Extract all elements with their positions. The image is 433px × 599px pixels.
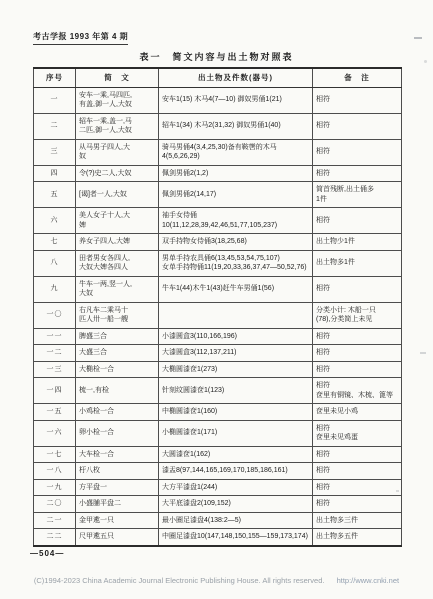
note-cell: 奁里未见小鸡	[313, 404, 402, 421]
table-row: 一三 大椭检一合 大椭圆漆奁1(273) 相符	[34, 361, 402, 378]
objects-cell: 中椭圆漆奁1(160)	[159, 404, 313, 421]
note-cell: 相符	[313, 463, 402, 480]
comparison-table: 序号 简 文 出土物及件数(器号) 备 注 一 安车一乘,马四匹, 有盖,御一人…	[33, 67, 402, 547]
table-row: 一 安车一乘,马四匹, 有盖,御一人,大奴 安车1(15) 木马4(7—10) …	[34, 87, 402, 113]
slip-text-cell: 从马男子四人,大 奴	[76, 139, 159, 165]
row-number-cell: 一五	[34, 404, 76, 421]
page-number: —504—	[30, 549, 64, 558]
slip-text-cell: [谒]者一人,大奴	[76, 182, 159, 208]
cnki-url: http://www.cnki.net	[337, 576, 400, 585]
row-number-cell: 一八	[34, 463, 76, 480]
table-row: 一六 卵小检一合 小椭圆漆奁1(171) 相符 奁里未见鸡蛋	[34, 420, 402, 446]
objects-cell	[159, 302, 313, 328]
row-number-cell: 一一	[34, 328, 76, 345]
objects-cell: 男单手持农具俑6(13,45,53,54,75,107) 女单手持物俑11(19…	[159, 250, 313, 276]
slip-text-cell: 方平盘一	[76, 479, 159, 496]
table-row: 一八 杅八枚 漆盂8(97,144,165,169,170,185,186,16…	[34, 463, 402, 480]
note-cell: 相符	[313, 328, 402, 345]
row-number-cell: 三	[34, 139, 76, 165]
table-row: 一七 大车检一合 大圆漆奁1(162) 相符	[34, 446, 402, 463]
slip-text-cell: 右凡车二乘马十 匹人卅一船一艘	[76, 302, 159, 328]
note-cell: 分类小计: 木船一只 (78),分类简上未见	[313, 302, 402, 328]
note-cell: 相符	[313, 139, 402, 165]
objects-cell: 安车1(15) 木马4(7—10) 御奴男俑1(21)	[159, 87, 313, 113]
objects-cell: 大方平漆盘1(244)	[159, 479, 313, 496]
row-number-cell: 二	[34, 113, 76, 139]
objects-cell: 轺车1(34) 木马2(31,32) 御奴男俑1(40)	[159, 113, 313, 139]
objects-cell: 袖手女侍俑10(11,12,28,39,42,46,51,77,105,237)	[159, 208, 313, 234]
row-number-cell: 一六	[34, 420, 76, 446]
objects-cell: 骑马男俑4(3,4,25,30)备有鞍辔的木马4(5,6,26,29)	[159, 139, 313, 165]
row-number-cell: 二一	[34, 512, 76, 529]
table-row: 八 田者男女各四人, 大奴大婢各四人 男单手持农具俑6(13,45,53,54,…	[34, 250, 402, 276]
row-number-cell: 二二	[34, 529, 76, 546]
scan-artifact	[396, 490, 399, 492]
row-number-cell: 一三	[34, 361, 76, 378]
table-row: 一〇 右凡车二乘马十 匹人卅一船一艘 分类小计: 木船一只 (78),分类简上未…	[34, 302, 402, 328]
table-row: 七 养女子四人,大婢 双手持物女侍俑3(18,25,68) 出土物少1件	[34, 234, 402, 251]
note-cell: 出土物多1件	[313, 250, 402, 276]
slip-text-cell: 养女子四人,大婢	[76, 234, 159, 251]
row-number-cell: 一七	[34, 446, 76, 463]
objects-cell: 大椭圆漆奁1(273)	[159, 361, 313, 378]
table-row: 六 美人女子十人,大 婢 袖手女侍俑10(11,12,28,39,42,46,5…	[34, 208, 402, 234]
table-header-row: 序号 简 文 出土物及件数(器号) 备 注	[34, 68, 402, 87]
table-row: 九 牛车一两,竖一人, 大奴 牛车1(44)木牛1(43)赶牛车男俑1(56) …	[34, 276, 402, 302]
objects-cell: 佩剑男俑2(14,17)	[159, 182, 313, 208]
row-number-cell: 一	[34, 87, 76, 113]
slip-text-cell: 大盛三合	[76, 345, 159, 362]
note-cell: 相符	[313, 496, 402, 513]
note-cell: 相符	[313, 208, 402, 234]
table-title: 表一 简文内容与出土物对照表	[0, 50, 433, 63]
objects-cell: 牛车1(44)木牛1(43)赶牛车男俑1(56)	[159, 276, 313, 302]
row-number-cell: 一四	[34, 378, 76, 404]
slip-text-cell: 金甲遬一只	[76, 512, 159, 529]
slip-text-cell: 梳一,有检	[76, 378, 159, 404]
objects-cell: 佩剑男俑2(1,2)	[159, 165, 313, 182]
table-row: 二一 金甲遬一只 最小圈足漆盘4(138:2—5) 出土物多三件	[34, 512, 402, 529]
slip-text-cell: 尺甲遬五只	[76, 529, 159, 546]
column-header-slip: 简 文	[76, 68, 159, 87]
note-cell: 相符	[313, 165, 402, 182]
row-number-cell: 一〇	[34, 302, 76, 328]
row-number-cell: 四	[34, 165, 76, 182]
column-header-note: 备 注	[313, 68, 402, 87]
objects-cell: 最小圈足漆盘4(138:2—5)	[159, 512, 313, 529]
slip-text-cell: 安车一乘,马四匹, 有盖,御一人,大奴	[76, 87, 159, 113]
slip-text-cell: 牛车一两,竖一人, 大奴	[76, 276, 159, 302]
slip-text-cell: 小鸡检一合	[76, 404, 159, 421]
table-row: 二〇 小盛脯平盘二 大平底漆盘2(109,152) 相符	[34, 496, 402, 513]
note-cell: 相符	[313, 87, 402, 113]
row-number-cell: 七	[34, 234, 76, 251]
note-cell: 相符	[313, 361, 402, 378]
table-body: 一 安车一乘,马四匹, 有盖,御一人,大奴 安车1(15) 木马4(7—10) …	[34, 87, 402, 546]
objects-cell: 针刻纹圆漆奁1(123)	[159, 378, 313, 404]
row-number-cell: 一九	[34, 479, 76, 496]
objects-cell: 小椭圆漆奁1(171)	[159, 420, 313, 446]
objects-cell: 双手持物女侍俑3(18,25,68)	[159, 234, 313, 251]
slip-text-cell: 美人女子十人,大 婢	[76, 208, 159, 234]
note-cell: 相符	[313, 446, 402, 463]
table-row: 三 从马男子四人,大 奴 骑马男俑4(3,4,25,30)备有鞍辔的木马4(5,…	[34, 139, 402, 165]
row-number-cell: 一二	[34, 345, 76, 362]
objects-cell: 大平底漆盘2(109,152)	[159, 496, 313, 513]
table-row: 五 [谒]者一人,大奴 佩剑男俑2(14,17) 简首残断,出土俑多 1件	[34, 182, 402, 208]
note-cell: 相符	[313, 345, 402, 362]
note-cell: 相符 奁里有铜镜、木梳、篦等	[313, 378, 402, 404]
table-row: 二二 尺甲遬五只 中圈足漆盘10(147,148,150,155—159,173…	[34, 529, 402, 546]
table-row: 四 令(?)史二人,大奴 佩剑男俑2(1,2) 相符	[34, 165, 402, 182]
note-cell: 相符 奁里未见鸡蛋	[313, 420, 402, 446]
note-cell: 相符	[313, 479, 402, 496]
slip-text-cell: 大车检一合	[76, 446, 159, 463]
slip-text-cell: 令(?)史二人,大奴	[76, 165, 159, 182]
note-cell: 相符	[313, 276, 402, 302]
scan-artifact	[424, 60, 427, 63]
column-header-no: 序号	[34, 68, 76, 87]
column-header-objects: 出土物及件数(器号)	[159, 68, 313, 87]
objects-cell: 中圈足漆盘10(147,148,150,155—159,173,174)	[159, 529, 313, 546]
table-row: 一二 大盛三合 大漆圆盒3(112,137,211) 相符	[34, 345, 402, 362]
slip-text-cell: 大椭检一合	[76, 361, 159, 378]
row-number-cell: 五	[34, 182, 76, 208]
journal-header: 考古学报 1993 年第 4 期	[33, 31, 128, 45]
objects-cell: 漆盂8(97,144,165,169,170,185,186,161)	[159, 463, 313, 480]
row-number-cell: 八	[34, 250, 76, 276]
note-cell: 出土物多三件	[313, 512, 402, 529]
row-number-cell: 九	[34, 276, 76, 302]
objects-cell: 小漆圆盒3(110,166,196)	[159, 328, 313, 345]
table-row: 一一 脾盛三合 小漆圆盒3(110,166,196) 相符	[34, 328, 402, 345]
copyright-text: (C)1994-2023 China Academic Journal Elec…	[34, 576, 325, 585]
table-row: 一九 方平盘一 大方平漆盘1(244) 相符	[34, 479, 402, 496]
note-cell: 相符	[313, 113, 402, 139]
scan-artifact	[420, 352, 426, 354]
note-cell: 简首残断,出土俑多 1件	[313, 182, 402, 208]
slip-text-cell: 轺车一乘,盖一,马 二匹,御一人,大奴	[76, 113, 159, 139]
note-cell: 出土物多五件	[313, 529, 402, 546]
scanned-journal-page: 考古学报 1993 年第 4 期 表一 简文内容与出土物对照表 序号 简 文 出…	[0, 0, 433, 599]
objects-cell: 大漆圆盒3(112,137,211)	[159, 345, 313, 362]
row-number-cell: 六	[34, 208, 76, 234]
slip-text-cell: 杅八枚	[76, 463, 159, 480]
table-row: 一五 小鸡检一合 中椭圆漆奁1(160) 奁里未见小鸡	[34, 404, 402, 421]
slip-text-cell: 小盛脯平盘二	[76, 496, 159, 513]
objects-cell: 大圆漆奁1(162)	[159, 446, 313, 463]
note-cell: 出土物少1件	[313, 234, 402, 251]
table-row: 二 轺车一乘,盖一,马 二匹,御一人,大奴 轺车1(34) 木马2(31,32)…	[34, 113, 402, 139]
copyright-line: (C)1994-2023 China Academic Journal Elec…	[0, 576, 433, 585]
table-row: 一四 梳一,有检 针刻纹圆漆奁1(123) 相符 奁里有铜镜、木梳、篦等	[34, 378, 402, 404]
scan-artifact	[414, 37, 422, 39]
slip-text-cell: 田者男女各四人, 大奴大婢各四人	[76, 250, 159, 276]
row-number-cell: 二〇	[34, 496, 76, 513]
slip-text-cell: 脾盛三合	[76, 328, 159, 345]
slip-text-cell: 卵小检一合	[76, 420, 159, 446]
